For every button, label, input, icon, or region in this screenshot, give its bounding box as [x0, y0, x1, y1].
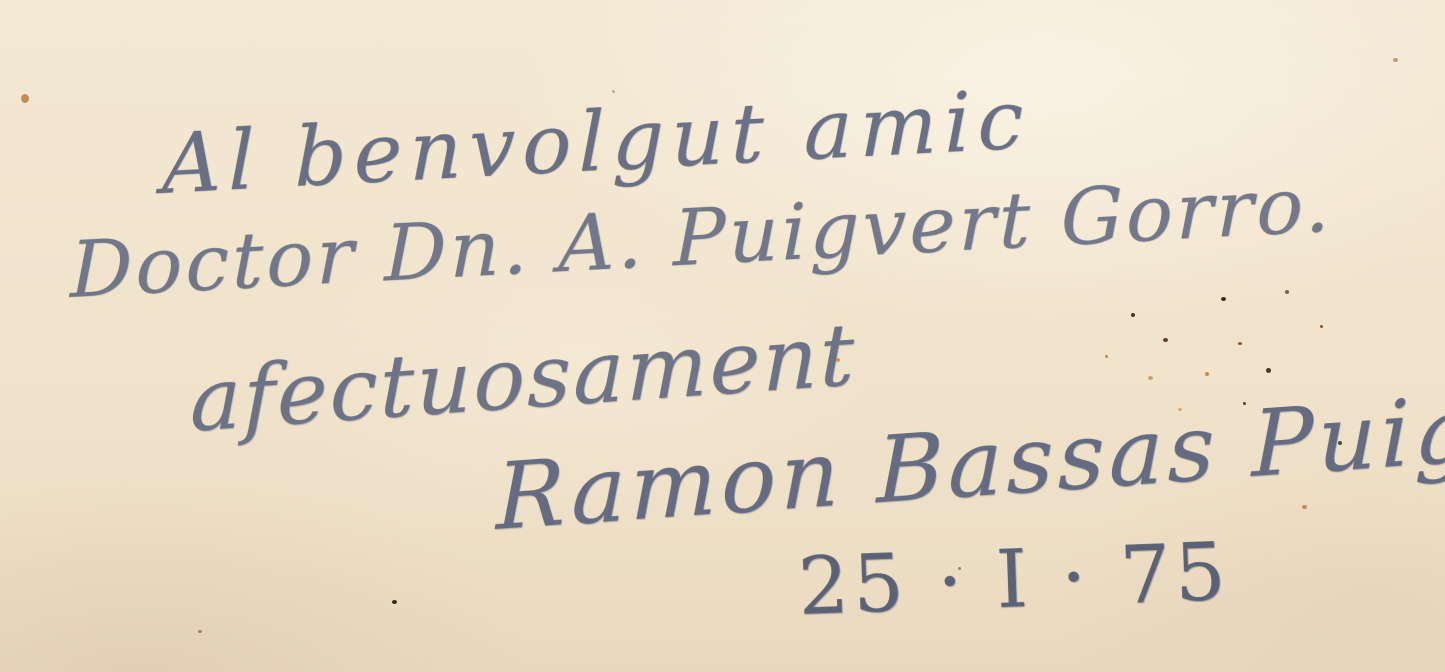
date-line: 25 · I · 75: [796, 525, 1231, 633]
foxing-spot: [1238, 342, 1242, 345]
foxing-spot: [1266, 368, 1271, 373]
foxing-spot: [1105, 355, 1108, 358]
foxing-spot: [392, 600, 397, 604]
foxing-spot: [1163, 338, 1168, 342]
foxing-spot: [1205, 372, 1209, 376]
foxing-spot: [1320, 325, 1323, 328]
paper-background: Al benvolgut amic Doctor Dn. A. Puigvert…: [0, 0, 1445, 672]
foxing-spot: [1302, 505, 1307, 509]
foxing-spot: [1285, 290, 1289, 294]
foxing-spot: [21, 94, 29, 103]
foxing-spot: [1148, 376, 1153, 380]
foxing-spot: [1221, 297, 1226, 301]
foxing-spot: [1131, 313, 1135, 317]
foxing-spot: [1393, 58, 1398, 62]
foxing-spot: [612, 90, 615, 93]
foxing-spot: [198, 630, 202, 633]
